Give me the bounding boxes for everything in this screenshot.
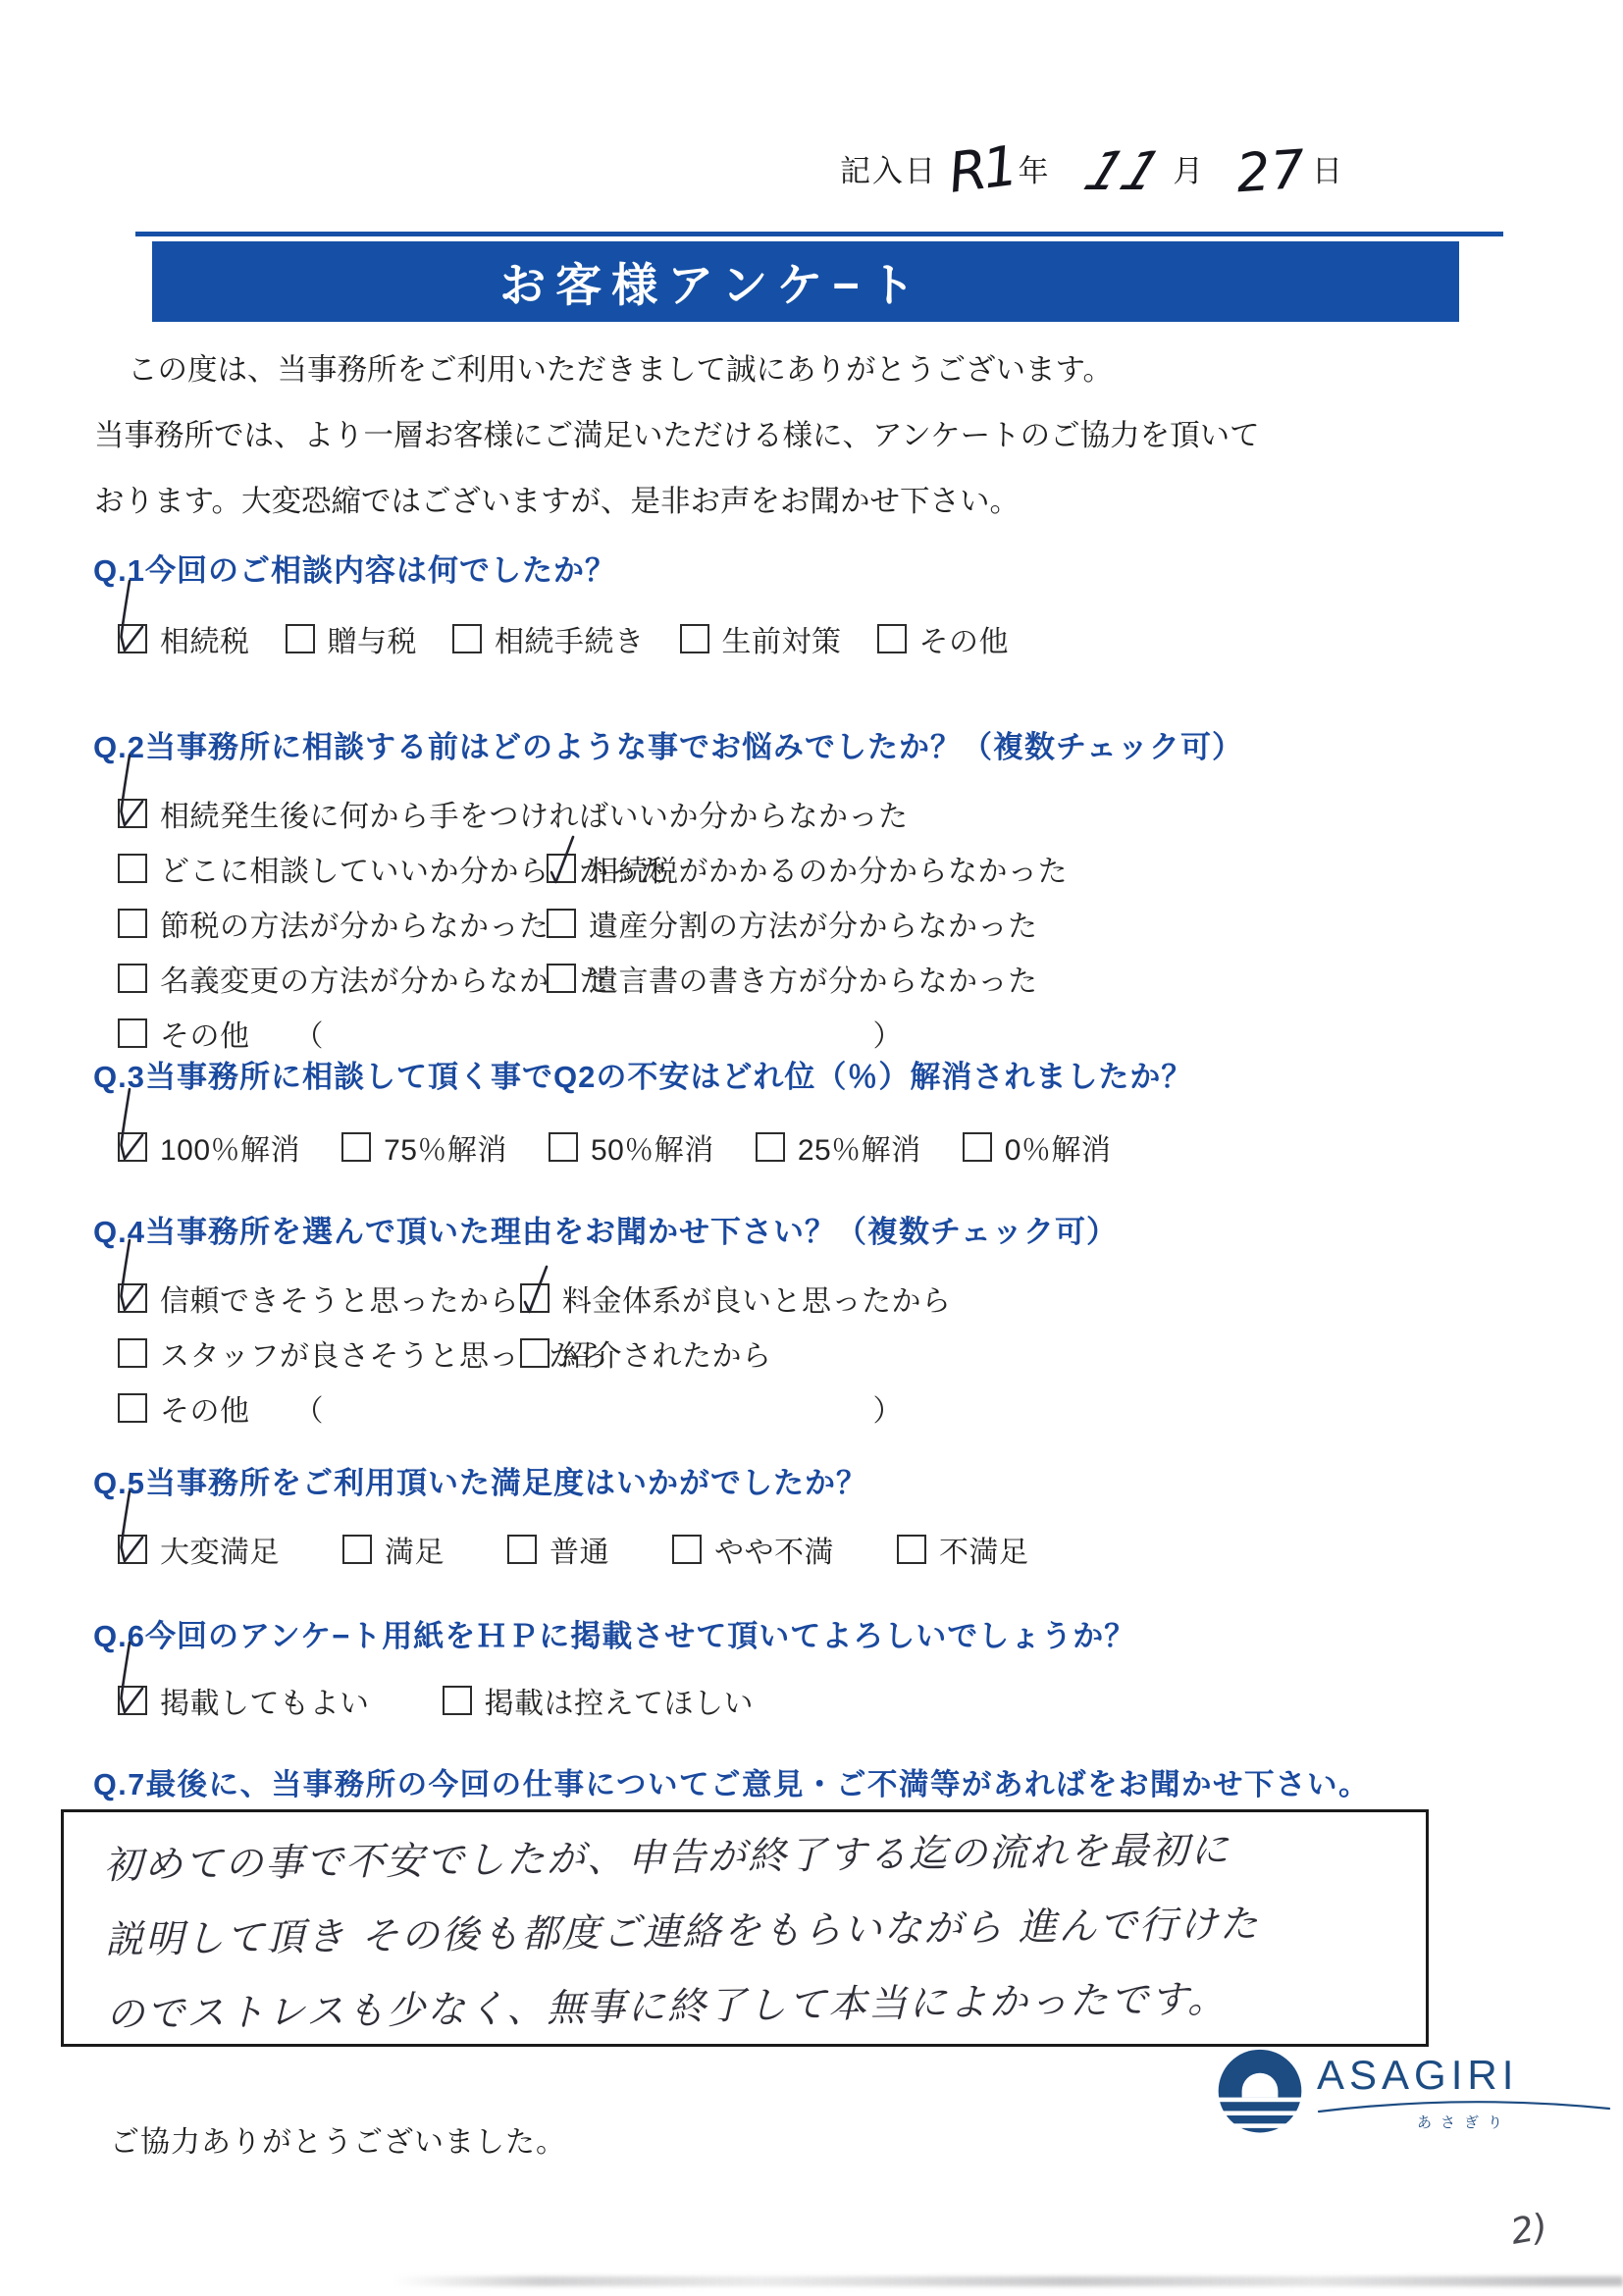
checkbox[interactable] <box>877 624 907 653</box>
q2-row-2: どこに相談していいか分からなかった 相続税がかかるのか分からなかった <box>118 841 1545 896</box>
handwritten-checkmark-icon <box>517 1261 550 1316</box>
checkbox-checked[interactable] <box>118 624 147 653</box>
checkbox[interactable] <box>549 1132 578 1162</box>
option-tax-saving-method: 節税の方法が分からなかった <box>118 902 547 945</box>
date-label: 記入日 <box>840 146 937 190</box>
option-good-fee-structure: 料金体系が良いと思ったから <box>520 1277 1545 1320</box>
logo-text: ASAGIRI <box>1317 2052 1518 2098</box>
asagiri-sun-icon <box>1215 2045 1305 2141</box>
year-unit: 年 <box>1019 146 1049 190</box>
option-didnt-know-who-to-consult: どこに相談していいか分からなかった <box>118 847 547 890</box>
option-ok-to-publish: 掲載してもよい <box>118 1679 370 1722</box>
option-label: 掲載は控えてほしい <box>485 1679 755 1722</box>
month-unit: 月 <box>1173 146 1203 190</box>
option-label: 75％解消 <box>384 1125 507 1169</box>
handwritten-checkmark-icon <box>113 1086 146 1165</box>
handwritten-month: 11 <box>1077 145 1171 198</box>
checkbox[interactable] <box>507 1535 537 1564</box>
question-3: Q.3当事務所に相談して頂く事でQ2の不安はどれ位（％）解消されましたか？ 10… <box>93 1052 1545 1169</box>
q2-row-1: 相続発生後に何から手をつければいいか分からなかった <box>118 786 1545 841</box>
checkbox[interactable] <box>547 964 576 993</box>
question-3-title: Q.3当事務所に相談して頂く事でQ2の不安はどれ位（％）解消されましたか？ <box>93 1052 1545 1096</box>
checkbox-checked[interactable] <box>118 1686 147 1715</box>
option-estate-division-method: 遺産分割の方法が分からなかった <box>547 902 1545 945</box>
option-label: 紹介されたから <box>562 1331 772 1375</box>
paren-open: （ <box>294 1012 324 1055</box>
comment-box[interactable]: 初めての事で不安でしたが、申告が終了する迄の流れを最初に 説明して頂き その後も… <box>61 1809 1429 2047</box>
option-dissatisfied: 不満足 <box>897 1528 1029 1571</box>
option-other: その他 <box>118 1386 250 1430</box>
intro-line: この度は、当事務所をご利用いただきまして誠にありがとうございます。 <box>94 338 1488 403</box>
question-1-title: Q.1今回のご相談内容は何でしたか？ <box>93 546 1545 590</box>
question-6: Q.6今回のアンケ−ト用紙をＨＰに掲載させて頂いてよろしいでしょうか？ 掲載して… <box>93 1611 1545 1722</box>
logo-kana-text: あさぎり <box>1317 2112 1611 2132</box>
q4-row-1: 信頼できそうと思ったから 料金体系が良いと思ったから <box>118 1271 1545 1326</box>
question-4: Q.4当事務所を選んで頂いた理由をお聞かせ下さい？（複数チェック可） 信頼できそ… <box>93 1207 1545 1435</box>
paren-open: （ <box>294 1386 324 1430</box>
option-label: 名義変更の方法が分からなかった <box>160 957 609 1000</box>
checkbox[interactable] <box>341 1132 371 1162</box>
option-inheritance-procedure: 相続手続き <box>452 617 645 660</box>
checkbox[interactable] <box>342 1535 372 1564</box>
checkbox[interactable] <box>118 1018 147 1048</box>
checkbox[interactable] <box>118 964 147 993</box>
option-label: 生前対策 <box>722 617 842 660</box>
option-name-change-method: 名義変更の方法が分からなかった <box>118 957 547 1000</box>
checkbox[interactable] <box>520 1338 550 1368</box>
option-didnt-know-where-to-start: 相続発生後に何から手をつければいいか分からなかった <box>118 792 909 835</box>
option-label: 掲載してもよい <box>160 1679 370 1722</box>
checkbox[interactable] <box>963 1132 992 1162</box>
handwritten-day: 27 <box>1234 143 1307 201</box>
question-3-options: 100％解消 75％解消 50％解消 25％解消 0％解消 <box>118 1125 1545 1169</box>
day-unit: 日 <box>1312 146 1342 190</box>
option-staff-seemed-good: スタッフが良さそうと思ったから <box>118 1331 520 1375</box>
option-50-resolved: 50％解消 <box>549 1125 714 1169</box>
q4-row-3: その他 （ ） <box>118 1381 1545 1435</box>
checkbox[interactable] <box>118 854 147 883</box>
question-2-options: 相続発生後に何から手をつければいいか分からなかった どこに相談していいか分からな… <box>118 786 1545 1061</box>
option-label: 贈与税 <box>328 617 418 660</box>
asagiri-logo: ASAGIRI あさぎり <box>1215 2045 1611 2141</box>
question-2-title: Q.2当事務所に相談する前はどのような事でお悩みでしたか？（複数チェック可） <box>93 722 1545 766</box>
question-2: Q.2当事務所に相談する前はどのような事でお悩みでしたか？（複数チェック可） 相… <box>93 722 1545 1061</box>
intro-paragraph: この度は、当事務所をご利用いただきまして誠にありがとうございます。 当事務所では… <box>94 338 1488 535</box>
handwritten-checkmark-icon <box>113 578 146 656</box>
checkbox-checked[interactable] <box>118 1283 147 1313</box>
paren-close: ） <box>873 1012 903 1055</box>
paren-close: ） <box>873 1386 903 1430</box>
page-title: お客様アンケ−ト <box>499 249 925 315</box>
option-label: 遺産分割の方法が分からなかった <box>589 902 1038 945</box>
option-gift-tax: 贈与税 <box>286 617 418 660</box>
option-very-satisfied: 大変満足 <box>118 1528 280 1571</box>
option-label: 普通 <box>550 1528 609 1571</box>
option-neutral: 普通 <box>507 1528 609 1571</box>
title-banner: お客様アンケ−ト <box>152 241 1459 322</box>
option-label: 25％解消 <box>798 1125 921 1169</box>
option-didnt-know-if-tax-applies: 相続税がかかるのか分からなかった <box>547 847 1545 890</box>
option-label: 満足 <box>385 1528 445 1571</box>
option-label: 0％解消 <box>1005 1125 1112 1169</box>
checkbox[interactable] <box>672 1535 702 1564</box>
top-rule <box>135 232 1503 236</box>
checkbox[interactable] <box>452 624 482 653</box>
q4-row-2: スタッフが良さそうと思ったから 紹介されたから <box>118 1326 1545 1381</box>
option-label: 大変満足 <box>160 1528 280 1571</box>
option-label: 料金体系が良いと思ったから <box>562 1277 952 1320</box>
handwritten-comment: 初めての事で不安でしたが、申告が終了する迄の流れを最初に 説明して頂き その後も… <box>103 1811 1401 2053</box>
checkbox[interactable] <box>443 1686 472 1715</box>
intro-line: 当事務所では、より一層お客様にご満足いただける様に、アンケートのご協力を頂いて <box>94 403 1488 469</box>
question-1: Q.1今回のご相談内容は何でしたか？ 相続税 贈与税 相続手続き 生前対策 <box>93 546 1545 660</box>
option-label: やや不満 <box>714 1528 834 1571</box>
option-label: 相続発生後に何から手をつければいいか分からなかった <box>160 792 909 835</box>
option-other: その他 <box>118 1012 250 1055</box>
checkbox[interactable] <box>118 909 147 938</box>
checkbox[interactable] <box>680 624 709 653</box>
question-5-title: Q.5当事務所をご利用頂いた満足度はいかがでしたか？ <box>93 1458 1545 1502</box>
option-25-resolved: 25％解消 <box>756 1125 921 1169</box>
checkbox[interactable] <box>118 1338 147 1368</box>
thanks-message: ご協力ありがとうございました。 <box>110 2117 566 2161</box>
option-other: その他 <box>877 617 1010 660</box>
option-will-writing-method: 遺言書の書き方が分からなかった <box>547 957 1545 1000</box>
question-5-options: 大変満足 満足 普通 やや不満 不満足 <box>118 1528 1545 1571</box>
option-label: その他 <box>160 1386 250 1430</box>
option-100-resolved: 100％解消 <box>118 1125 300 1169</box>
question-4-title: Q.4当事務所を選んで頂いた理由をお聞かせ下さい？（複数チェック可） <box>93 1207 1545 1251</box>
question-7: Q.7最後に、当事務所の今回の仕事についてご意見・ご不満等があればをお聞かせ下さ… <box>93 1760 1545 1803</box>
option-label: 相続税 <box>160 617 250 660</box>
option-label: その他 <box>160 1012 250 1055</box>
checkbox-checked[interactable] <box>547 854 576 883</box>
option-label: その他 <box>919 617 1010 660</box>
option-inheritance-tax: 相続税 <box>118 617 250 660</box>
option-label: 相続手続き <box>495 617 645 660</box>
question-5: Q.5当事務所をご利用頂いた満足度はいかがでしたか？ 大変満足 満足 普通 やや… <box>93 1458 1545 1571</box>
checkbox[interactable] <box>547 909 576 938</box>
checkbox[interactable] <box>756 1132 785 1162</box>
option-seemed-trustworthy: 信頼できそうと思ったから <box>118 1277 520 1320</box>
intro-line: おります。大変恐縮ではございますが、是非お声をお聞かせ下さい。 <box>94 469 1488 535</box>
q2-row-4: 名義変更の方法が分からなかった 遺言書の書き方が分からなかった <box>118 951 1545 1006</box>
option-somewhat-dissatisfied: やや不満 <box>672 1528 834 1571</box>
question-4-options: 信頼できそうと思ったから 料金体系が良いと思ったから スタッフが良さそうと思った… <box>118 1271 1545 1435</box>
asagiri-wordmark: ASAGIRI あさぎり <box>1317 2055 1611 2132</box>
option-label: 相続税がかかるのか分からなかった <box>589 847 1068 890</box>
checkbox-checked[interactable] <box>118 1535 147 1564</box>
option-label: 50％解消 <box>591 1125 714 1169</box>
option-prefer-not-published: 掲載は控えてほしい <box>443 1679 755 1722</box>
checkbox[interactable] <box>286 624 315 653</box>
option-label: 不満足 <box>939 1528 1029 1571</box>
question-7-title: Q.7最後に、当事務所の今回の仕事についてご意見・ご不満等があればをお聞かせ下さ… <box>93 1760 1545 1803</box>
option-75-resolved: 75％解消 <box>341 1125 507 1169</box>
option-label: 節税の方法が分からなかった <box>160 902 550 945</box>
option-label: 100％解消 <box>160 1125 300 1169</box>
option-0-resolved: 0％解消 <box>963 1125 1112 1169</box>
option-label: 信頼できそうと思ったから <box>160 1277 519 1320</box>
question-6-options: 掲載してもよい 掲載は控えてほしい <box>118 1679 1545 1722</box>
option-pre-death-planning: 生前対策 <box>680 617 842 660</box>
option-label: 遺言書の書き方が分からなかった <box>589 957 1038 1000</box>
option-satisfied: 満足 <box>342 1528 445 1571</box>
checkbox-checked[interactable] <box>118 799 147 828</box>
scan-artifact <box>393 2276 1623 2286</box>
question-1-options: 相続税 贈与税 相続手続き 生前対策 その他 <box>118 617 1545 660</box>
q2-row-3: 節税の方法が分からなかった 遺産分割の方法が分からなかった <box>118 896 1545 951</box>
checkbox-checked[interactable] <box>520 1283 550 1313</box>
checkbox-checked[interactable] <box>118 1132 147 1162</box>
option-was-referred: 紹介されたから <box>520 1331 1545 1375</box>
handwritten-year: R1 <box>946 139 1018 202</box>
checkbox[interactable] <box>897 1535 926 1564</box>
survey-scan-page: 記入日 R1 年 11 月 27 日 お客様アンケ−ト この度は、当事務所をご利… <box>0 0 1623 2296</box>
checkbox[interactable] <box>118 1393 147 1423</box>
question-6-title: Q.6今回のアンケ−ト用紙をＨＰに掲載させて頂いてよろしいでしょうか？ <box>93 1611 1545 1655</box>
handwritten-corner-mark: 2) <box>1508 2207 1551 2253</box>
fill-date-line: 記入日 R1 年 11 月 27 日 <box>840 126 1342 198</box>
